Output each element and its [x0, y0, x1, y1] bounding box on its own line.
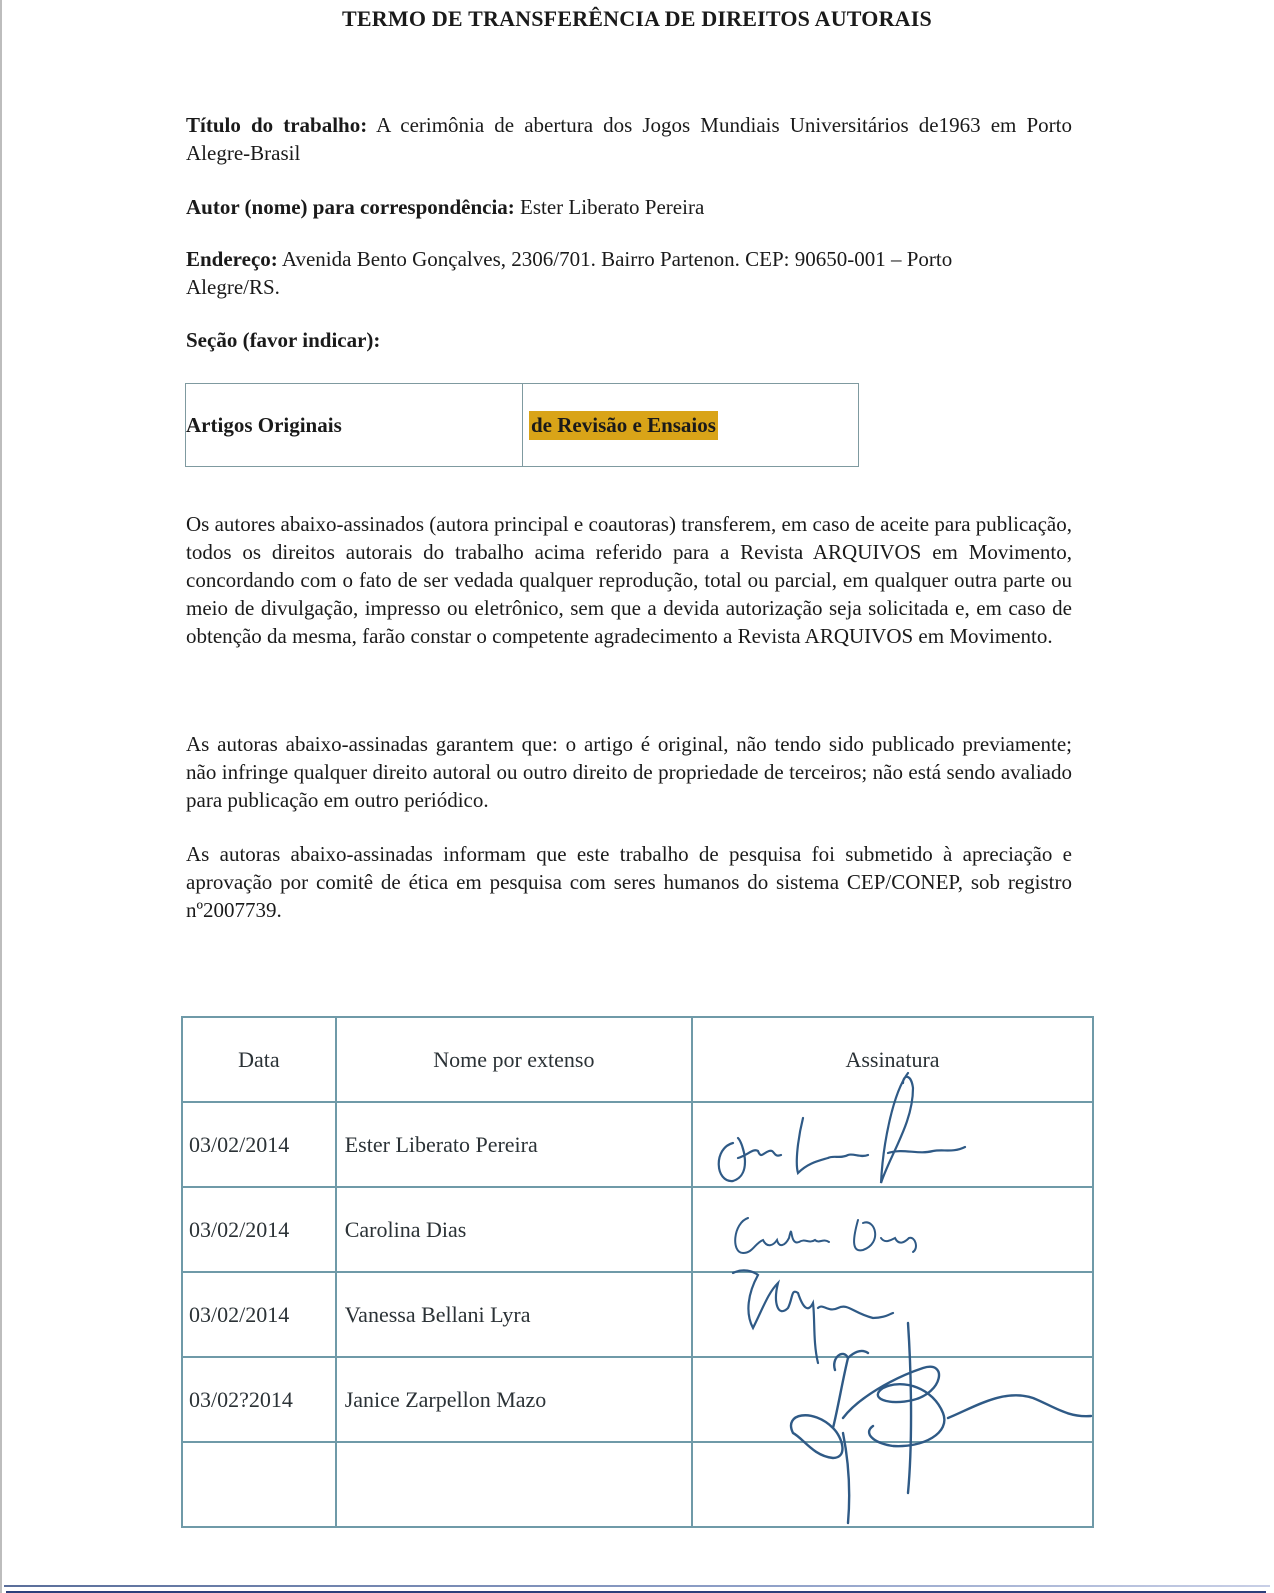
- work-title-field: Título do trabalho: A cerimônia de abert…: [186, 111, 1072, 167]
- table-row: 03/02/2014 Vanessa Bellani Lyra: [182, 1272, 1093, 1357]
- section-label: Seção (favor indicar):: [186, 328, 380, 352]
- work-title-label: Título do trabalho:: [186, 113, 367, 137]
- row-signature: [692, 1187, 1093, 1272]
- section-field: Seção (favor indicar):: [186, 326, 1072, 354]
- table-row: [182, 1442, 1093, 1527]
- section-option-original-articles[interactable]: Artigos Originais: [186, 384, 523, 466]
- scan-left-edge: [0, 0, 2, 1593]
- section-option-review-essays[interactable]: de Revisão e Ensaios: [523, 384, 858, 466]
- author-field: Autor (nome) para correspondência: Ester…: [186, 193, 1072, 221]
- row-date: 03/02/2014: [182, 1187, 336, 1272]
- signature-table: Data Nome por extenso Assinatura 03/02/2…: [181, 1016, 1094, 1528]
- header-name: Nome por extenso: [336, 1017, 692, 1102]
- row-signature-empty: [692, 1442, 1093, 1527]
- header-date: Data: [182, 1017, 336, 1102]
- section-option-label-selected: de Revisão e Ensaios: [529, 411, 718, 440]
- scan-bottom-edge: [4, 1585, 1270, 1587]
- section-option-label: Artigos Originais: [186, 413, 342, 438]
- row-date: [182, 1442, 336, 1527]
- header-signature: Assinatura: [692, 1017, 1093, 1102]
- table-row: 03/02/2014 Carolina Dias: [182, 1187, 1093, 1272]
- row-date: 03/02/2014: [182, 1102, 336, 1187]
- author-value: Ester Liberato Pereira: [515, 195, 705, 219]
- author-label: Autor (nome) para correspondência:: [186, 195, 515, 219]
- address-value: Avenida Bento Gonçalves, 2306/701. Bairr…: [186, 247, 952, 299]
- section-table: Artigos Originais de Revisão e Ensaios: [185, 383, 859, 467]
- row-date: 03/02/2014: [182, 1272, 336, 1357]
- signature-carolina-icon: [723, 1208, 943, 1268]
- signature-table-header: Data Nome por extenso Assinatura: [182, 1017, 1093, 1102]
- row-name: [336, 1442, 692, 1527]
- row-name: Carolina Dias: [336, 1187, 692, 1272]
- paragraph-transfer: Os autores abaixo-assinados (autora prin…: [186, 510, 1072, 650]
- address-label: Endereço:: [186, 247, 278, 271]
- document-title: TERMO DE TRANSFERÊNCIA DE DIREITOS AUTOR…: [0, 6, 1274, 32]
- paragraph-guarantee: As autoras abaixo-assinadas garantem que…: [186, 730, 1072, 814]
- table-row: 03/02?2014 Janice Zarpellon Mazo: [182, 1357, 1093, 1442]
- address-field: Endereço: Avenida Bento Gonçalves, 2306/…: [186, 245, 1046, 301]
- table-row: 03/02/2014 Ester Liberato Pereira: [182, 1102, 1093, 1187]
- row-name: Janice Zarpellon Mazo: [336, 1357, 692, 1442]
- row-date: 03/02?2014: [182, 1357, 336, 1442]
- row-name: Vanessa Bellani Lyra: [336, 1272, 692, 1357]
- row-signature: [692, 1102, 1093, 1187]
- row-signature: [692, 1357, 1093, 1442]
- paragraph-ethics: As autoras abaixo-assinadas informam que…: [186, 840, 1072, 924]
- row-signature: [692, 1272, 1093, 1357]
- row-name: Ester Liberato Pereira: [336, 1102, 692, 1187]
